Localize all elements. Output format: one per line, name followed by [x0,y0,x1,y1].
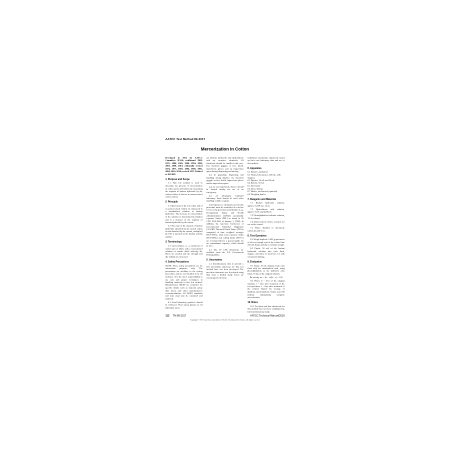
method-number-header: AATCC Test Method 89-2017 [165,137,284,140]
body-paragraph: 2.1 Specimens of the test cotton and of … [165,205,202,224]
text-column-2: 4.2 Barium hydroxide and hydrochloric ac… [206,157,243,315]
section-heading: 10. Notes [248,301,285,304]
body-paragraph: 7.1 Barium hydroxide solution, approx. 0… [248,202,285,208]
body-paragraph: 9.2 Where b = titer of the original solu… [248,280,285,299]
history-paragraph: Developed in 1952 by AATCC Committee RA3… [165,157,202,176]
section-heading: 4. Safety Precautions [165,261,202,264]
body-paragraph: 9.1 Titrate 10 mL aliquots from each fla… [248,265,285,276]
page-number: 112 [165,314,169,317]
page-title: Mercerization in Cotton [165,147,284,152]
body-paragraph: 7.4 Unmercerized cotton, scoured, for us… [248,221,285,227]
body-paragraph: 8.2 Pipette 50 mL of the barium hydroxid… [248,247,285,258]
body-paragraph: 7.2 Hydrochloric acid solution, approx. … [248,208,285,214]
apparatus-list-item: 6.8 Weighing bottles [248,193,285,196]
footer-method-id: TM 89-2017 [173,314,186,317]
body-paragraph: 10.1 Precision and bias statements for t… [248,305,285,313]
page-content: AATCC Test Method 89-2017 Mercerization … [0,0,458,458]
section-heading: 9. Evaluation [248,261,285,264]
section-heading: 6. Apparatus [248,167,285,170]
footer-left: 112 TM 89-2017 [165,314,186,317]
copyright-notice: Copyright © 2017 American Association of… [165,319,284,321]
text-column-3: individual uncertainty statements based … [248,157,285,315]
body-paragraph: individual uncertainty statements based … [248,157,285,165]
body-paragraph: 4.7 The 29 CFR documents are available f… [206,248,243,256]
body-paragraph: 5.1 Interlaboratory data to provide a fu… [206,263,243,280]
section-heading: 2. Principle [165,201,202,204]
body-paragraph: 1.1 This test method is used to determin… [165,182,202,199]
body-paragraph: 7.5 Water, distilled or deionized, carbo… [248,227,285,233]
body-paragraph: 7.3 Phenolphthalein indicator solution, … [248,214,285,220]
body-paragraph: 4.2 Barium hydroxide and hydrochloric ac… [206,157,243,174]
document-page: AATCC Test Method 89-2017 Mercerization … [0,0,458,458]
footer-manual-name: AATCC Technical Manual/2018 [250,314,285,317]
text-column-1: Developed in 1952 by AATCC Committee RA3… [165,157,202,315]
body-columns: Developed in 1952 by AATCC Committee RA3… [165,157,284,315]
body-paragraph: NOTE: These safety precautions are for i… [165,265,202,301]
page-footer: 112 TM 89-2017 AATCC Technical Manual/20… [165,314,284,317]
body-paragraph: 4.4 An eyewash/safety shower should be l… [206,186,243,194]
body-paragraph: 4.6 Exposure to chemicals used in this p… [206,204,243,248]
formula-line: Ba activity no. = (b − t)/(b − s) × 100 [248,276,285,279]
section-heading: 8. Test Operation [248,235,285,238]
body-paragraph: 4.3 In preparing, dispensing and handlin… [206,174,243,185]
section-heading: 5. Uncertainty [206,259,243,262]
body-paragraph: 3.1 mercerization, n.—a treatment of cot… [165,245,202,259]
body-paragraph: 8.1 Weigh duplicate 2.000 g specimens of… [248,238,285,246]
body-paragraph: 4.1 Good laboratory practices should be … [165,301,202,309]
body-paragraph: 2.2 The ratio of the amount of barium hy… [165,225,202,239]
section-heading: 1. Purpose and Scope [165,178,202,181]
section-heading: 3. Terminology [165,241,202,244]
body-paragraph: 4.5 An adequately ventilated laboratory … [206,195,243,203]
section-heading: 7. Reagents and Materials [248,198,285,201]
